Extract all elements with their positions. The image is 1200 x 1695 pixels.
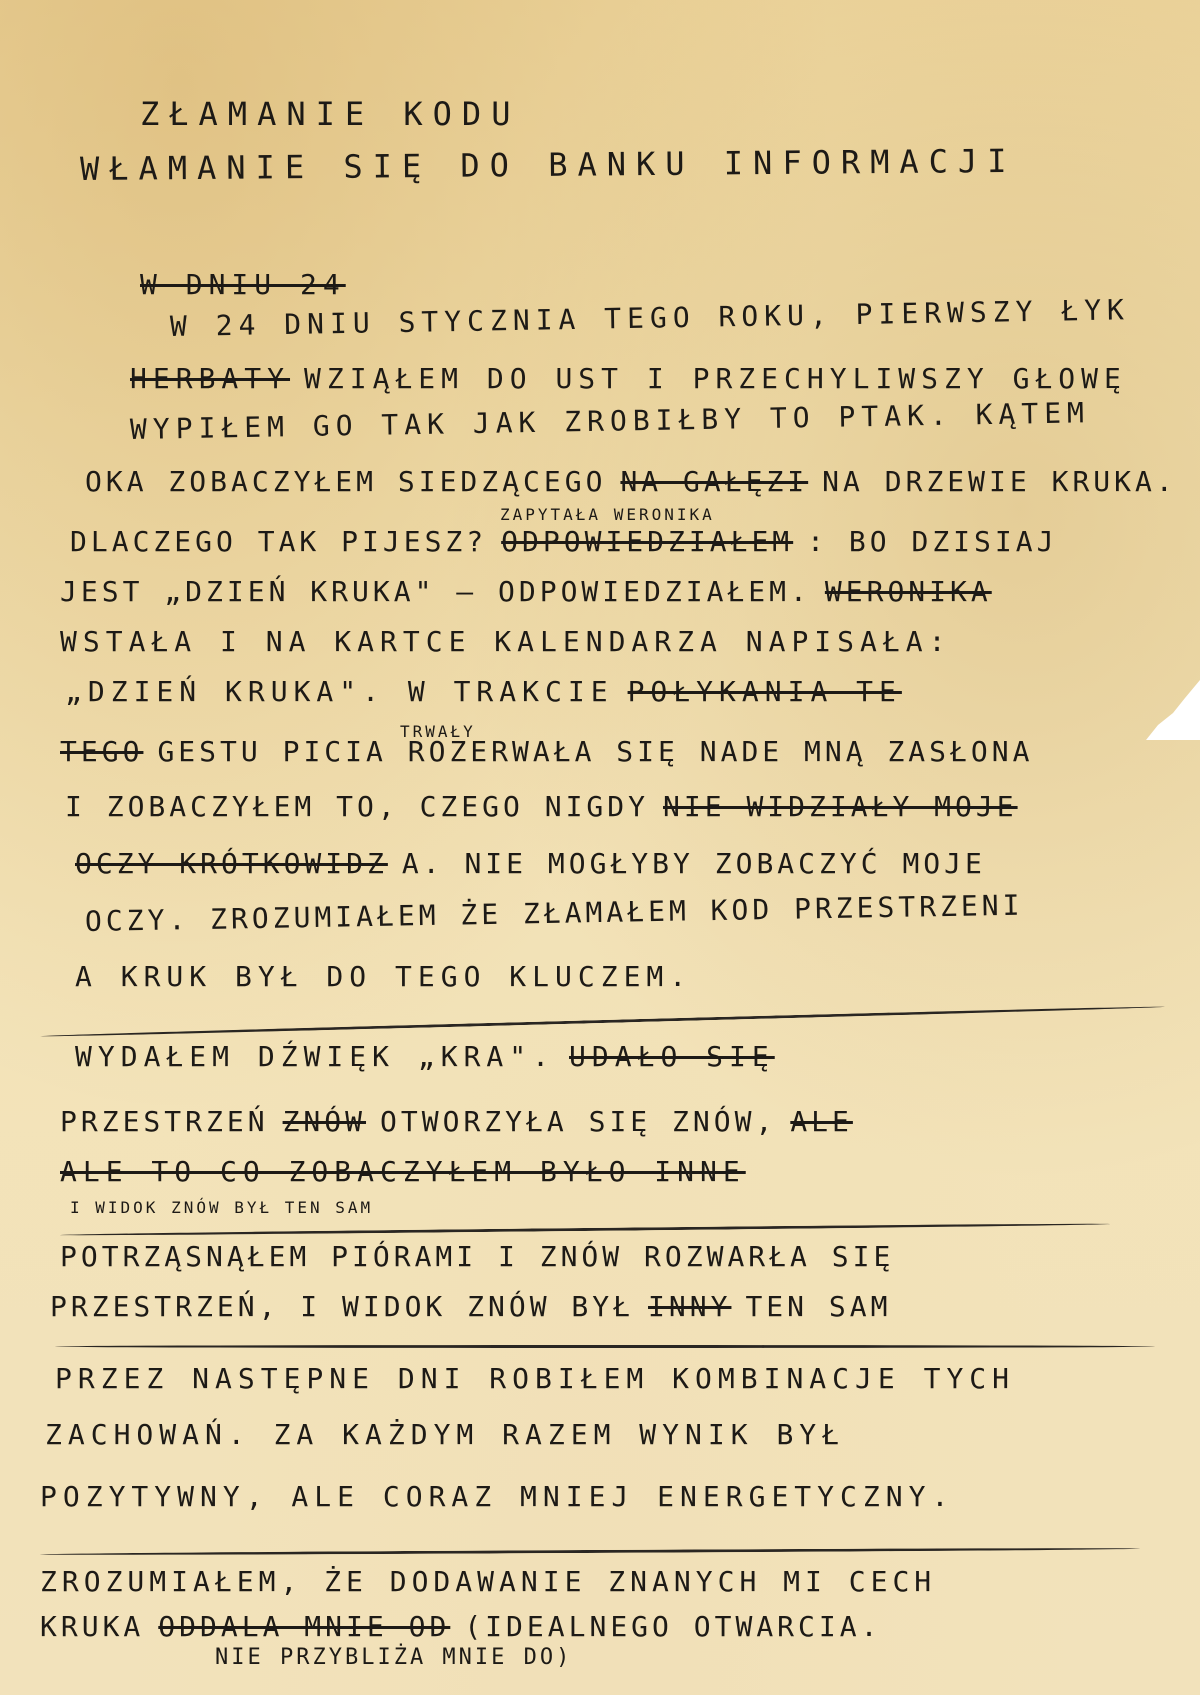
title-line-1: ZŁAMANIE KODU xyxy=(140,95,520,133)
p4-line-1: PRZEZ NASTĘPNE DNI ROBIŁEM KOMBINACJE TY… xyxy=(55,1362,1015,1395)
text-fragment: JEST „DZIEŃ KRUKA" – ODPOWIEDZIAŁEM. xyxy=(60,575,811,608)
p2-line-1: WYDAŁEM DŹWIĘK „KRA".UDAŁO SIĘ xyxy=(75,1040,789,1073)
p1-insertion: ZAPYTAŁA WERONIKA xyxy=(500,505,715,524)
text-fragment: : BO DZISIAJ xyxy=(807,525,1057,558)
divider-line xyxy=(40,1005,1165,1037)
p1-line-13: A KRUK BYŁ DO TEGO KLUCZEM. xyxy=(75,960,692,993)
p2-line-2: PRZESTRZEŃZNÓWOTWORZYŁA SIĘ ZNÓW,ALE xyxy=(60,1105,867,1138)
struck-word: UDAŁO SIĘ xyxy=(569,1040,775,1073)
p1-line-3: WYPIŁEM GO TAK JAK ZROBIŁBY TO PTAK. KĄT… xyxy=(130,396,1090,446)
text-fragment: (IDEALNEGO OTWARCIA. xyxy=(464,1610,881,1643)
p4-line-3: POZYTYWNY, ALE CORAZ MNIEJ ENERGETYCZNY. xyxy=(40,1480,954,1513)
struck-word: WERONIKA xyxy=(825,575,992,608)
text-fragment: GESTU PICIA ROZERWAŁA SIĘ NADE MNĄ ZASŁO… xyxy=(157,735,1033,768)
struck-word: NIE WIDZIAŁY MOJE xyxy=(663,790,1018,823)
struck-word: ODDALA MNIE OD xyxy=(158,1610,450,1643)
struck-word: TEGO xyxy=(60,735,143,768)
text-fragment: OTWORZYŁA SIĘ ZNÓW, xyxy=(380,1105,776,1138)
p1-line-9: TEGOGESTU PICIA ROZERWAŁA SIĘ NADE MNĄ Z… xyxy=(60,735,1047,768)
text-fragment: „DZIEŃ KRUKA". W TRAKCIE xyxy=(65,675,614,708)
text-fragment: PRZESTRZEŃ, I WIDOK ZNÓW BYŁ xyxy=(50,1290,634,1323)
text-fragment: WZIĄŁEM DO UST I PRZECHYLIWSZY GŁOWĘ xyxy=(304,362,1127,395)
p1-line-2: HERBATYWZIĄŁEM DO UST I PRZECHYLIWSZY GŁ… xyxy=(130,362,1141,395)
p2-insertion: I WIDOK ZNÓW BYŁ TEN SAM xyxy=(70,1198,373,1217)
struck-word: HERBATY xyxy=(130,362,290,395)
torn-paper-edge xyxy=(1140,680,1200,740)
text-fragment: I ZOBACZYŁEM TO, CZEGO NIGDY xyxy=(65,790,649,823)
text-fragment: DLACZEGO TAK PIJESZ? xyxy=(70,525,487,558)
struck-word: OCZY KRÓTKOWIDZ xyxy=(75,847,388,880)
p1-line-4: OKA ZOBACZYŁEM SIEDZĄCEGONA GAŁĘZINA DRZ… xyxy=(85,465,1191,498)
p4-line-2: ZACHOWAŃ. ZA KAŻDYM RAZEM WYNIK BYŁ xyxy=(45,1418,845,1451)
text-fragment: PRZESTRZEŃ xyxy=(60,1105,269,1138)
text-fragment: OKA ZOBACZYŁEM SIEDZĄCEGO xyxy=(85,465,606,498)
p1-line-11: OCZY KRÓTKOWIDZA. NIE MOGŁYBY ZOBACZYĆ M… xyxy=(75,847,1000,880)
p1-line-7: WSTAŁA I NA KARTCE KALENDARZA NAPISAŁA: xyxy=(60,625,951,658)
struck-word: NA GAŁĘZI xyxy=(620,465,808,498)
divider-line xyxy=(55,1345,1155,1348)
title-line-2: WŁAMANIE SIĘ DO BANKU INFORMACJI xyxy=(80,142,1017,188)
divider-line xyxy=(40,1547,1140,1556)
p1-line-6: JEST „DZIEŃ KRUKA" – ODPOWIEDZIAŁEM.WERO… xyxy=(60,575,1006,608)
p3-line-1: POTRZĄSNĄŁEM PIÓRAMI I ZNÓW ROZWARŁA SIĘ xyxy=(60,1240,894,1273)
p1-line-5: DLACZEGO TAK PIJESZ?ODPOWIEDZIAŁEM: BO D… xyxy=(70,525,1071,558)
text-fragment: A. NIE MOGŁYBY ZOBACZYĆ MOJE xyxy=(402,847,986,880)
p2-line-3-struck: ALE TO CO ZOBACZYŁEM BYŁO INNE xyxy=(60,1155,746,1188)
text-fragment: TEN SAM xyxy=(745,1290,891,1323)
manuscript-page: ZŁAMANIE KODU WŁAMANIE SIĘ DO BANKU INFO… xyxy=(0,0,1200,1695)
struck-word: POŁYKANIA TE xyxy=(628,675,902,708)
struck-word: INNY xyxy=(648,1290,731,1323)
text-fragment: NA DRZEWIE KRUKA. xyxy=(822,465,1177,498)
p1-line-10: I ZOBACZYŁEM TO, CZEGO NIGDYNIE WIDZIAŁY… xyxy=(65,790,1032,823)
p5-line-2: KRUKAODDALA MNIE OD(IDEALNEGO OTWARCIA. xyxy=(40,1610,895,1643)
p5-line-3: NIE PRZYBLIŻA MNIE DO) xyxy=(215,1645,572,1670)
text-fragment: KRUKA xyxy=(40,1610,144,1643)
p1-line-12: OCZY. ZROZUMIAŁEM ŻE ZŁAMAŁEM KOD PRZEST… xyxy=(85,889,1024,938)
struck-heading: W DNIU 24 xyxy=(140,268,346,301)
struck-word: ALE xyxy=(790,1105,853,1138)
text-fragment: WYDAŁEM DŹWIĘK „KRA". xyxy=(75,1040,555,1073)
divider-line xyxy=(60,1223,1110,1237)
p1-line-8: „DZIEŃ KRUKA". W TRAKCIEPOŁYKANIA TE xyxy=(65,675,916,708)
p5-line-1: ZROZUMIAŁEM, ŻE DODAWANIE ZNANYCH MI CEC… xyxy=(40,1565,936,1598)
p3-line-2: PRZESTRZEŃ, I WIDOK ZNÓW BYŁINNYTEN SAM xyxy=(50,1290,905,1323)
struck-word: ODPOWIEDZIAŁEM xyxy=(501,525,793,558)
struck-word: ZNÓW xyxy=(283,1105,366,1138)
